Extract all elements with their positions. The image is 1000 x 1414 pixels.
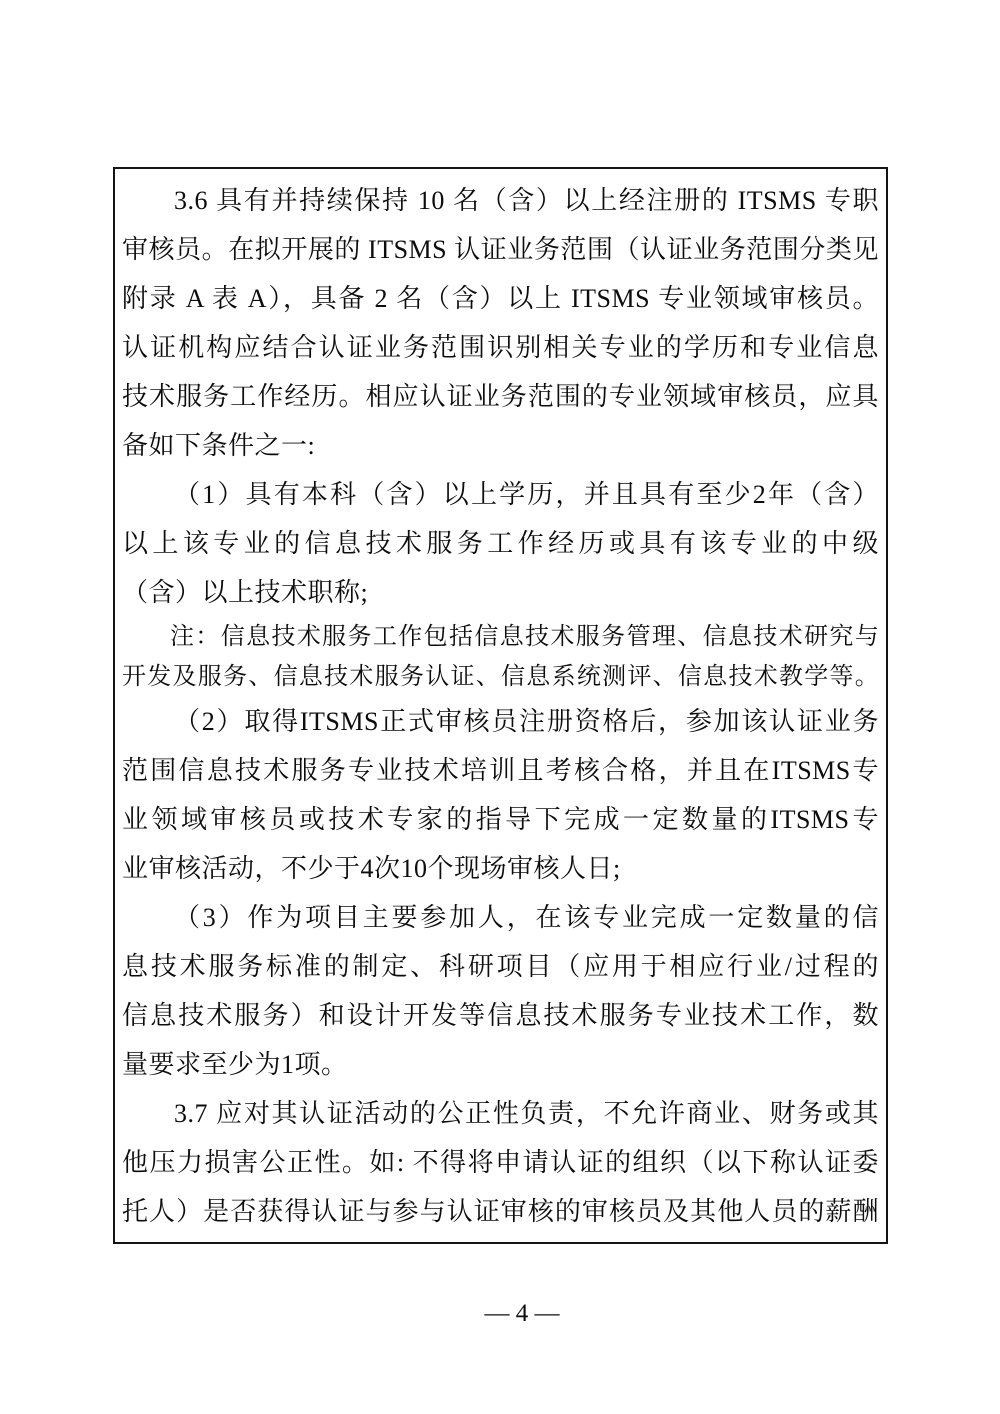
text-line: 备如下条件之一: [122, 421, 879, 470]
text-line: 信息技术服务）和设计开发等信息技术服务专业技术工作，数 [122, 991, 879, 1040]
document-page: 3.6 具有并持续保持 10 名（含）以上经注册的 ITSMS 专职 审核员。在… [0, 0, 1000, 1414]
text-line: 范围信息技术服务专业技术培训且考核合格，并且在ITSMS专 [122, 746, 879, 795]
text-line: 以上该专业的信息技术服务工作经历或具有该专业的中级 [122, 519, 879, 568]
text-line: 审核员。在拟开展的 ITSMS 认证业务范围（认证业务范围分类见 [122, 225, 879, 274]
text-line: 业审核活动，不少于4次10个现场审核人日; [122, 844, 879, 893]
note-line: 开发及服务、信息技术服务认证、信息系统测评、信息技术教学等。 [122, 657, 879, 697]
page-number: — 4 — [44, 1296, 1000, 1332]
text-line: （1）具有本科（含）以上学历，并且具有至少2年（含） [122, 470, 879, 519]
text-line: （2）取得ITSMS正式审核员注册资格后，参加该认证业务 [122, 697, 879, 746]
text-line: 业领域审核员或技术专家的指导下完成一定数量的ITSMS专 [122, 795, 879, 844]
text-line: 息技术服务标准的制定、科研项目（应用于相应行业/过程的 [122, 942, 879, 991]
text-line: （含）以上技术职称; [122, 568, 879, 617]
text-line: 附录 A 表 A），具备 2 名（含）以上 ITSMS 专业领域审核员。 [122, 274, 879, 323]
paragraph-3-6: 3.6 具有并持续保持 10 名（含）以上经注册的 ITSMS 专职 审核员。在… [122, 176, 879, 470]
content-border-box: 3.6 具有并持续保持 10 名（含）以上经注册的 ITSMS 专职 审核员。在… [113, 167, 888, 1244]
text-line: 3.6 具有并持续保持 10 名（含）以上经注册的 ITSMS 专职 [122, 176, 879, 225]
list-item-2: （2）取得ITSMS正式审核员注册资格后，参加该认证业务 范围信息技术服务专业技… [122, 697, 879, 893]
text-line: 他压力损害公正性。如: 不得将申请认证的组织（以下称认证委 [122, 1138, 879, 1187]
text-line: 托人）是否获得认证与参与认证审核的审核员及其他人员的薪酬 [122, 1187, 879, 1236]
text-line: （3）作为项目主要参加人，在该专业完成一定数量的信 [122, 893, 879, 942]
list-item-1: （1）具有本科（含）以上学历，并且具有至少2年（含） 以上该专业的信息技术服务工… [122, 470, 879, 617]
text-line: 3.7 应对其认证活动的公正性负责，不允许商业、财务或其 [122, 1089, 879, 1138]
note-block: 注：信息技术服务工作包括信息技术服务管理、信息技术研究与 开发及服务、信息技术服… [122, 617, 879, 697]
text-line: 认证机构应结合认证业务范围识别相关专业的学历和专业信息 [122, 323, 879, 372]
text-line: 量要求至少为1项。 [122, 1040, 879, 1089]
paragraph-3-7: 3.7 应对其认证活动的公正性负责，不允许商业、财务或其 他压力损害公正性。如:… [122, 1089, 879, 1236]
text-line: 技术服务工作经历。相应认证业务范围的专业领域审核员，应具 [122, 372, 879, 421]
list-item-3: （3）作为项目主要参加人，在该专业完成一定数量的信 息技术服务标准的制定、科研项… [122, 893, 879, 1089]
note-line: 注：信息技术服务工作包括信息技术服务管理、信息技术研究与 [122, 617, 879, 657]
